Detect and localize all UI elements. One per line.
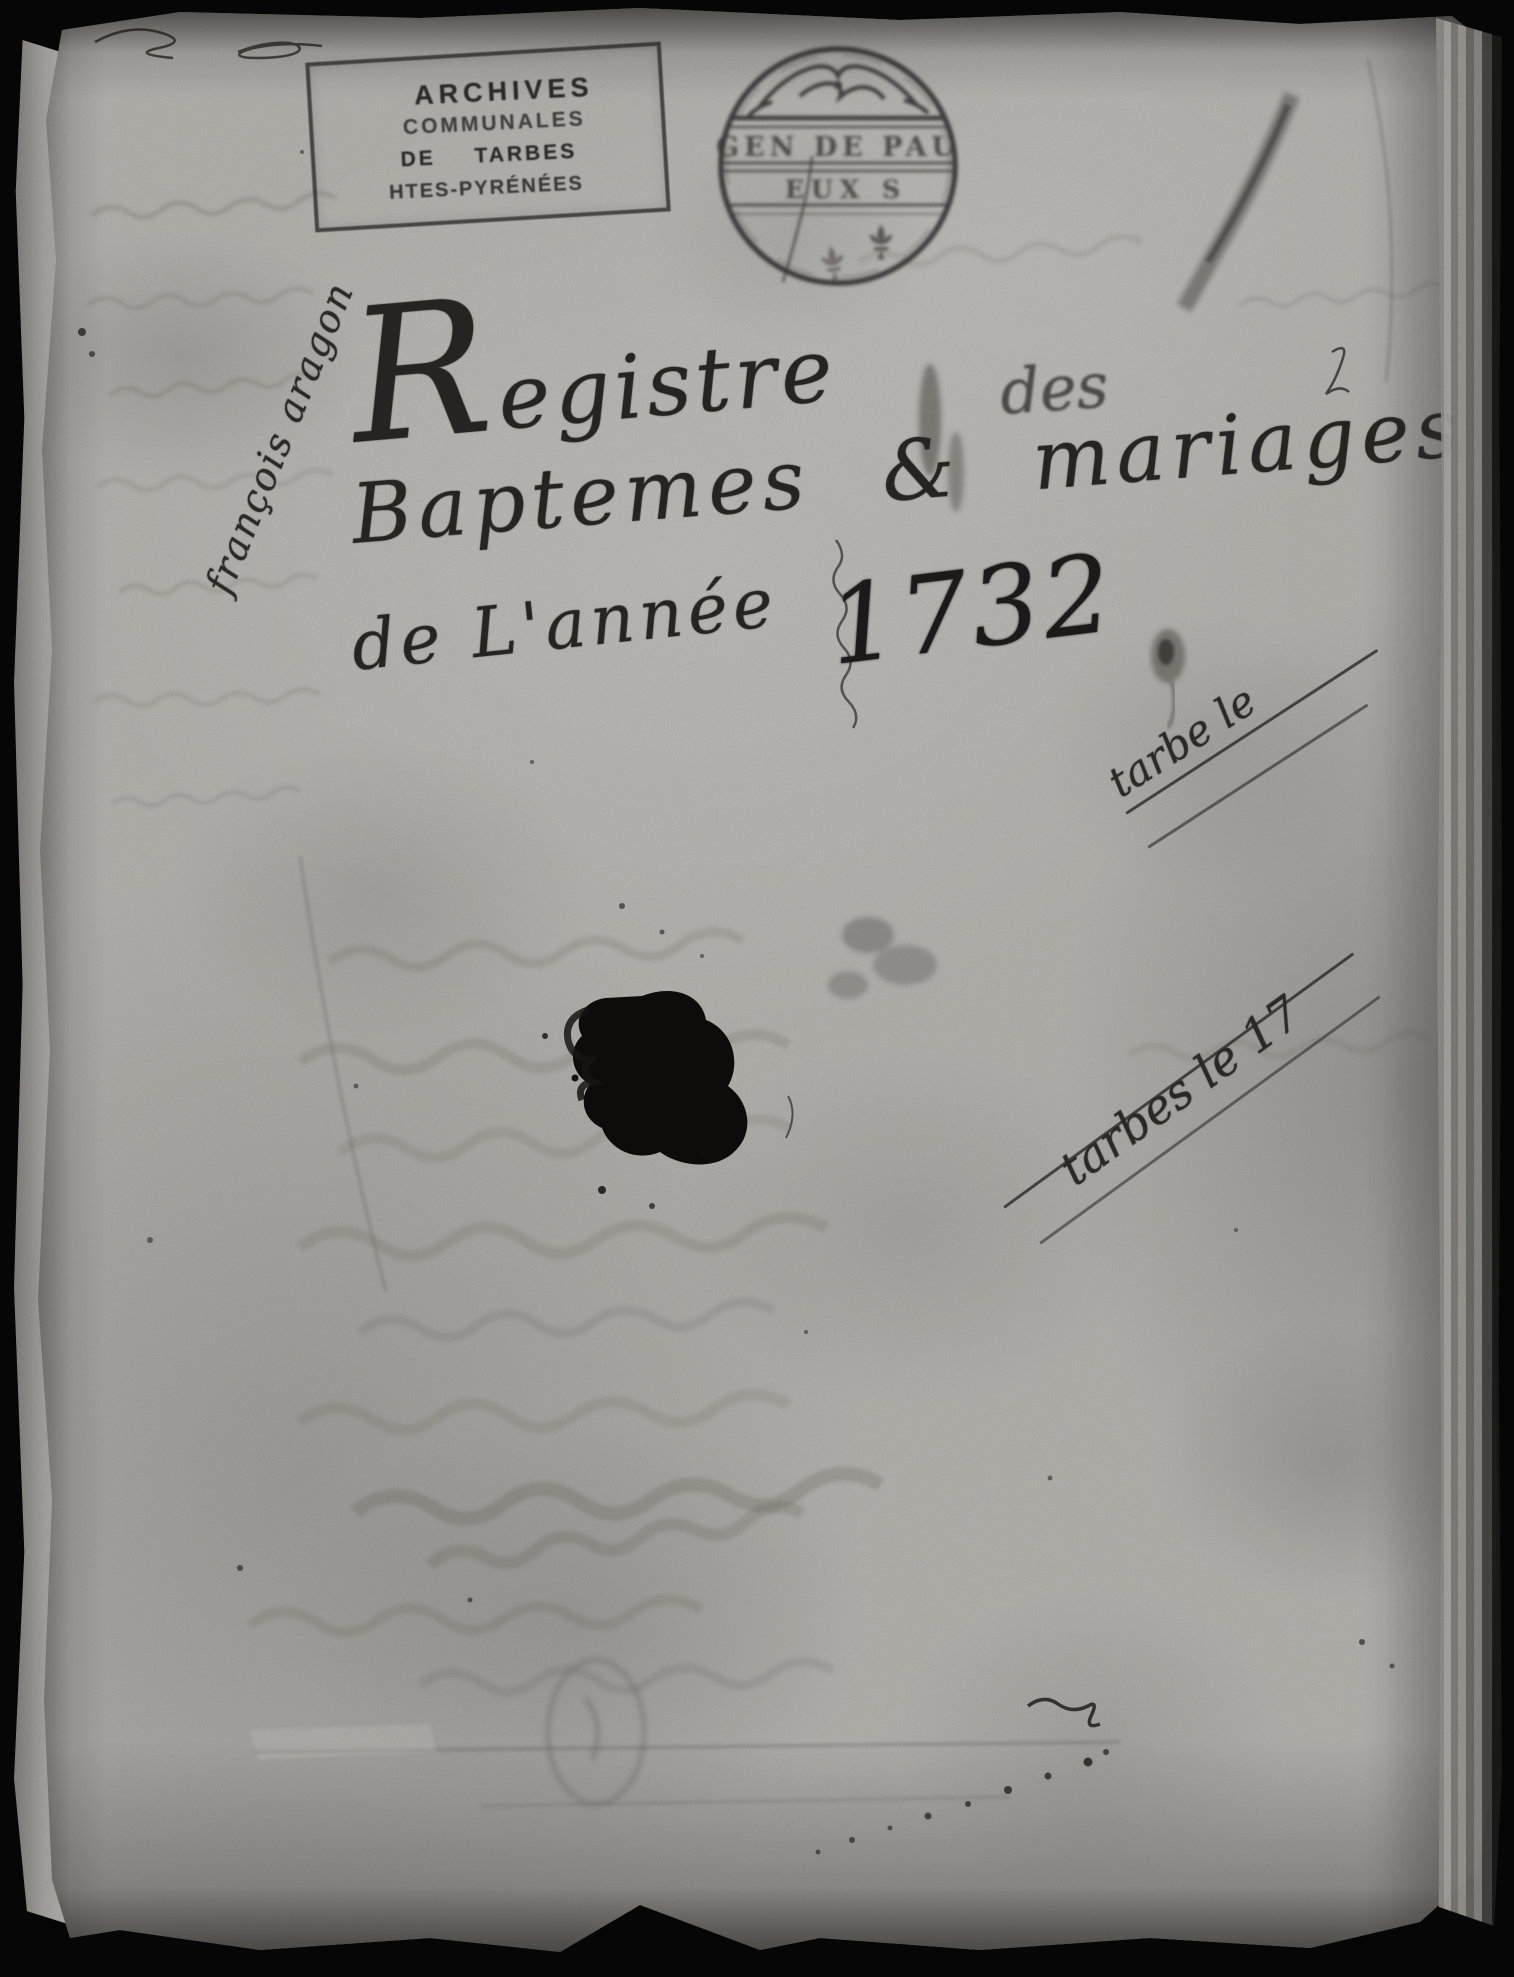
ink-scratch-mark [1028,1699,1100,1725]
stacked-sheet-edges [1436,18,1502,1926]
fold-crease-right [1368,60,1392,382]
hook-pen-mark [1326,348,1349,394]
ink-speck-trail [816,1749,1110,1855]
ink-blot [542,991,793,1209]
stamp-bottom-text: EUX S [785,175,907,204]
flourish-ornament-icon [748,66,928,117]
archives-box-stamp: ARCHIVES COMMUNALES DE TARBES HTES-PYRÉN… [305,42,670,233]
generalite-circular-stamp: GEN DE PAU EUX S [716,49,960,283]
stamp-top-text: GEN DE PAU [716,132,960,163]
charcoal-smudge [1184,95,1292,308]
top-left-pen-curls [95,30,322,59]
scanned-register-cover: GEN DE PAU EUX S [0,0,1514,1977]
register-cover-page: GEN DE PAU EUX S [0,0,1514,1977]
bottom-crease-lines [250,1724,1120,1806]
